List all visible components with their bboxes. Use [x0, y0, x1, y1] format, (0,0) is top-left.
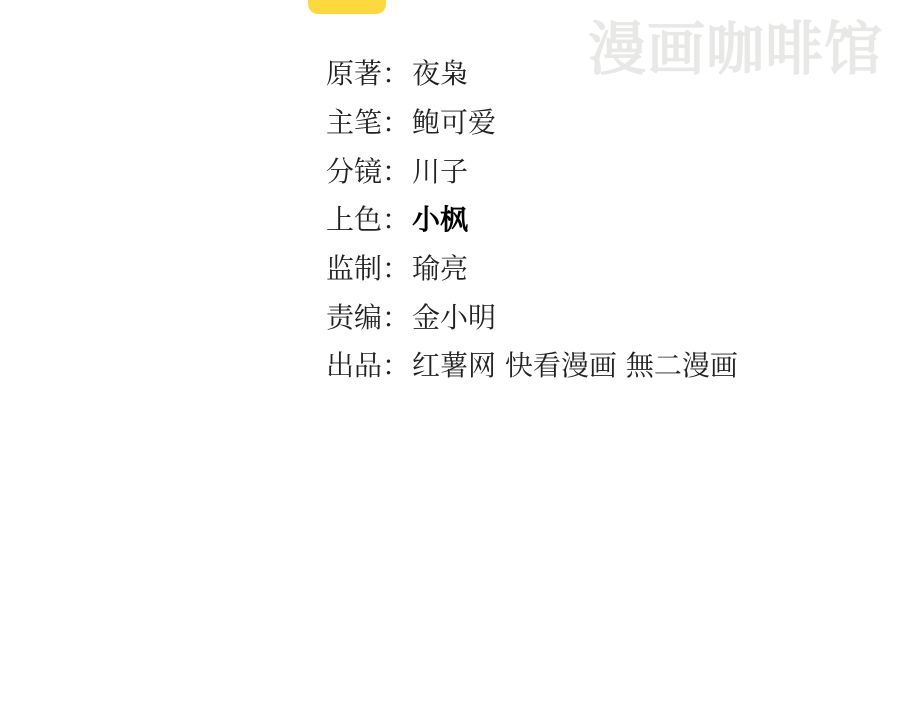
credit-separator: ： [382, 348, 412, 384]
credit-role: 主笔 [326, 105, 382, 141]
credit-role: 原著 [326, 56, 382, 92]
credit-row-original-author: 原著 ： 夜枭 [326, 50, 738, 99]
credit-separator: ： [382, 300, 412, 336]
credit-row-supervisor: 监制 ： 瑜亮 [326, 245, 738, 294]
credit-separator: ： [382, 154, 412, 190]
credit-separator: ： [382, 202, 412, 238]
credit-value: 金小明 [412, 300, 496, 336]
yellow-top-tab [308, 0, 386, 14]
credit-separator: ： [382, 105, 412, 141]
credit-separator: ： [382, 56, 412, 92]
credit-role: 出品 [326, 348, 382, 384]
credit-row-publisher: 出品 ： 红薯网 快看漫画 無二漫画 [326, 342, 738, 391]
credit-value: 鲍可爱 [412, 105, 496, 141]
credit-row-coloring: 上色 ： 小枫 [326, 196, 738, 245]
credits-list: 原著 ： 夜枭 主笔 ： 鲍可爱 分镜 ： 川子 上色 ： 小枫 监制 ： 瑜亮… [326, 50, 738, 391]
credit-row-lead-artist: 主笔 ： 鲍可爱 [326, 99, 738, 148]
credit-role: 上色 [326, 202, 382, 238]
credit-role: 分镜 [326, 154, 382, 190]
credit-value: 夜枭 [412, 56, 468, 92]
credit-value: 小枫 [412, 202, 468, 238]
credit-role: 监制 [326, 251, 382, 287]
credit-role: 责编 [326, 300, 382, 336]
credit-separator: ： [382, 251, 412, 287]
credit-row-storyboard: 分镜 ： 川子 [326, 147, 738, 196]
credit-value: 川子 [412, 154, 468, 190]
credit-value: 瑜亮 [412, 251, 468, 287]
credit-row-editor: 责编 ： 金小明 [326, 293, 738, 342]
credit-value: 红薯网 快看漫画 無二漫画 [412, 348, 738, 384]
